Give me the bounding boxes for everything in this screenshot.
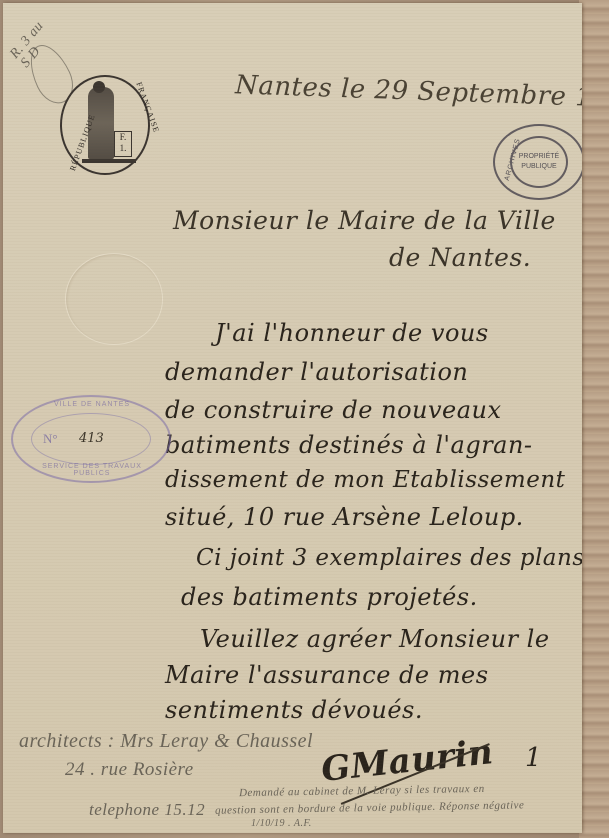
letter-body-line: Veuillez agréer Monsieur le [200,625,550,653]
scanned-document-frame: R. 3 au S D F. 1. RÉPUBLIQUE FRANÇAISE N… [0,0,609,838]
letter-body-line: des batiments projetés. [181,583,478,611]
signature: GMaurin [319,732,495,790]
telephone-annotation: telephone 15.12 [89,800,205,820]
letter-paper: R. 3 au S D F. 1. RÉPUBLIQUE FRANÇAISE N… [3,3,582,833]
seal-right-text: FRANÇAISE [134,81,161,134]
letter-body-line: J'ai l'honneur de vous [215,319,489,347]
embossed-seal [65,253,163,345]
archives-propriete-publique-stamp: ARCHIVES PROPRIÉTÉ PUBLIQUE [493,124,582,200]
registry-stamp-bottom-text: SERVICE DES TRAVAUX PUBLICS [27,463,157,477]
page-mark: 1 [525,743,542,773]
letter-body-line: sentiments dévoués. [165,696,423,724]
architects-annotation: architects : Mrs Leray & Chaussel [19,730,313,753]
archives-stamp-line1: PROPRIÉTÉ [519,152,559,162]
republique-francaise-seal: F. 1. RÉPUBLIQUE FRANÇAISE [60,75,150,175]
archives-stamp-center: PROPRIÉTÉ PUBLIQUE [510,136,568,188]
archives-stamp-line2: PUBLIQUE [521,162,556,172]
letter-body-line: Ci joint 3 exemplaires des plans [196,545,582,571]
letter-body-line: dissement de mon Etablissement [165,467,565,493]
registry-number-stamp: VILLE DE NANTES SERVICE DES TRAVAUX PUBL… [11,395,171,483]
wooden-background [579,0,609,838]
seal-base [82,159,136,163]
pencil-note-line2: question sont en bordure de la voie publ… [215,799,525,816]
registry-number-value: 413 [79,431,104,446]
architects-address: 24 . rue Rosière [65,759,194,781]
letter-dateline: Nantes le 29 Septembre 19. [235,70,582,113]
letter-salutation-line1: Monsieur le Maire de la Ville [173,206,556,235]
seal-box-text: F. 1. [114,131,132,157]
pencil-note-line3: 1/10/19 . A.F. [251,818,312,829]
letter-body-line: Maire l'assurance de mes [165,661,489,689]
registry-stamp-top-text: VILLE DE NANTES [27,401,157,408]
letter-body-line: de construire de nouveaux [165,396,502,424]
pencil-note-line1: Demandé au cabinet de M. Leray si les tr… [239,783,485,799]
letter-body-line: batiments destinés à l'agran- [165,431,533,459]
letter-salutation-line2: de Nantes. [389,243,531,272]
letter-body-line: demander l'autorisation [165,358,468,386]
registry-number-label: N° [43,431,58,447]
letter-body-line: situé, 10 rue Arsène Leloup. [165,503,524,531]
